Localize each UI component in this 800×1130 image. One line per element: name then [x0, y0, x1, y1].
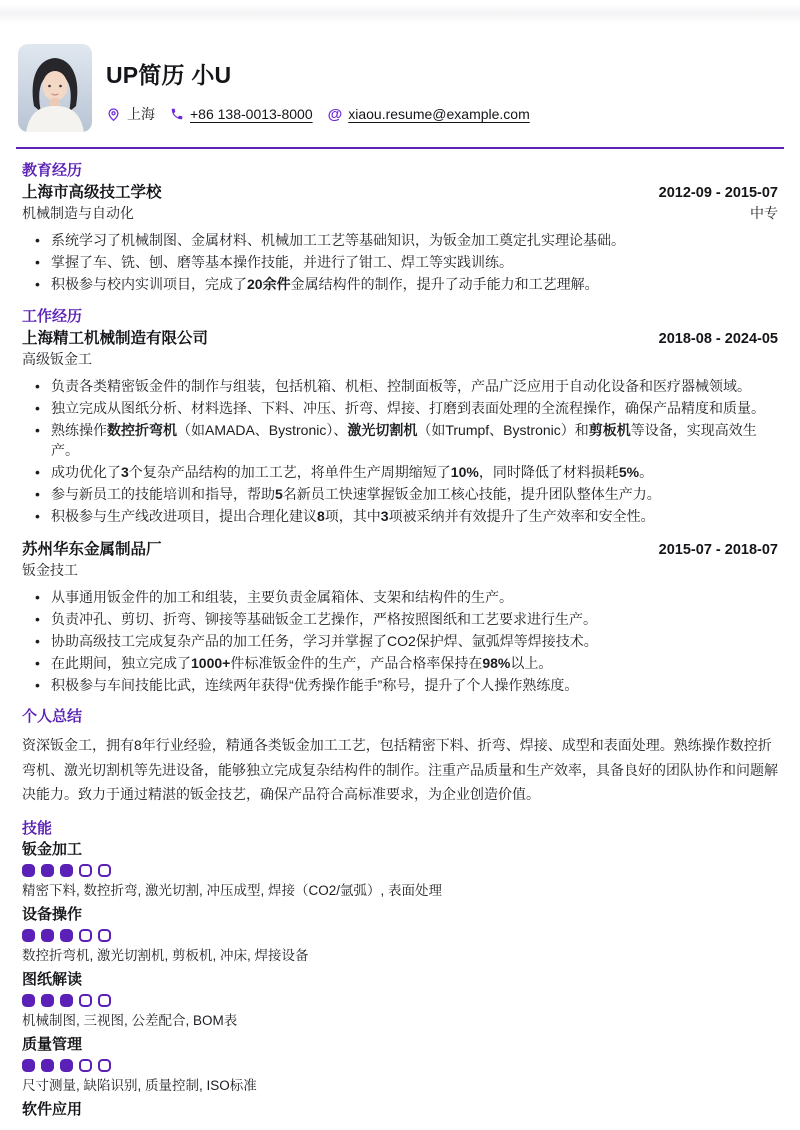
skill-item: 设备操作 数控折弯机, 激光切割机, 剪板机, 冲床, 焊接设备	[22, 906, 778, 964]
header-info: UP简历 小U 上海	[106, 44, 530, 124]
bullet-item: 积极参与车间技能比武，连续两年获得“优秀操作能手”称号，提升了个人操作熟练度。	[32, 675, 778, 696]
skill-item: 软件应用	[22, 1101, 778, 1119]
bullet-item: 成功优化了3个复杂产品结构的加工工艺，将单件生产周期缩短了10%，同时降低了材料…	[32, 462, 778, 483]
text-segment: 独立完成从图纸分析、材料选择、下料、冲压、折弯、焊接、打磨到表面处理的全流程操作…	[51, 400, 765, 416]
skill-level-dot-empty	[98, 864, 111, 877]
skill-level-dot-filled	[41, 994, 54, 1007]
skill-name: 图纸解读	[22, 971, 778, 989]
bullet-item: 负责冲孔、剪切、折弯、铆接等基础钣金工艺操作，严格按照图纸和工艺要求进行生产。	[32, 609, 778, 630]
skill-level-indicator	[22, 864, 778, 877]
phone-link[interactable]: +86 138-0013-8000	[190, 106, 313, 122]
resume-entry: 上海精工机械制造有限公司 2018-08 - 2024-05 高级钣金工 负责各…	[22, 329, 778, 527]
summary-section-title: 个人总结	[22, 708, 778, 726]
skill-level-dot-filled	[41, 864, 54, 877]
text-segment: 名新员工快速掌握钣金加工核心技能，提升团队整体生产力。	[283, 486, 661, 502]
education-entries: 上海市高级技工学校 2012-09 - 2015-07 机械制造与自动化 中专 …	[0, 183, 800, 295]
entry-subtitle-row: 高级钣金工	[22, 350, 778, 369]
entry-subtitle-row: 钣金技工	[22, 561, 778, 580]
avatar-illustration	[18, 44, 92, 132]
skill-level-indicator	[22, 929, 778, 942]
text-segment: 掌握了车、铣、刨、磨等基本操作技能，并进行了钳工、焊工等实践训练。	[51, 254, 513, 270]
skill-level-dot-filled	[22, 994, 35, 1007]
resume-entry: 上海市高级技工学校 2012-09 - 2015-07 机械制造与自动化 中专 …	[22, 183, 778, 295]
entry-role: 高级钣金工	[22, 350, 92, 369]
skill-name: 钣金加工	[22, 841, 778, 859]
text-segment: 5	[275, 486, 283, 502]
text-segment: 成功优化了	[51, 464, 121, 480]
text-segment: 项被采纳并有效提升了生产效率和安全性。	[389, 508, 655, 524]
skill-level-dot-filled	[60, 929, 73, 942]
text-segment: 协助高级技工完成复杂产品的加工任务，学习并掌握了CO2保护焊、氩弧焊等焊接技术。	[51, 633, 598, 649]
text-segment: 在此期间，独立完成了	[51, 655, 191, 671]
entry-org: 苏州华东金属制品厂	[22, 540, 162, 559]
location-pin-icon	[106, 107, 121, 122]
skill-level-dot-filled	[22, 1059, 35, 1072]
skill-level-dot-empty	[98, 1059, 111, 1072]
text-segment: 个复杂产品结构的加工工艺，将单件生产周期缩短了	[129, 464, 451, 480]
contact-row: 上海 +86 138-0013-8000 @ xiaou.resume@exam…	[106, 104, 530, 124]
bullet-item: 系统学习了机械制图、金属材料、机械加工工艺等基础知识，为钣金加工奠定扎实理论基础…	[32, 230, 778, 251]
bullet-item: 独立完成从图纸分析、材料选择、下料、冲压、折弯、焊接、打磨到表面处理的全流程操作…	[32, 398, 778, 419]
skill-name: 设备操作	[22, 906, 778, 924]
entry-date: 2015-07 - 2018-07	[659, 541, 778, 560]
text-segment: 件标准钣金件的生产，产品合格率保持在	[230, 655, 482, 671]
skill-level-indicator	[22, 1059, 778, 1072]
entry-role: 钣金技工	[22, 561, 78, 580]
skill-level-dot-filled	[41, 929, 54, 942]
skill-name: 质量管理	[22, 1036, 778, 1054]
skill-detail: 尺寸测量, 缺陷识别, 质量控制, ISO标准	[22, 1078, 778, 1094]
skills-section: 技能 钣金加工 精密下料, 数控折弯, 激光切割, 冲压成型, 焊接（CO2/氩…	[0, 820, 800, 1119]
phone-item: +86 138-0013-8000	[170, 106, 313, 122]
skill-name: 软件应用	[22, 1101, 778, 1119]
text-segment: 8	[317, 508, 325, 524]
phone-icon	[170, 107, 184, 121]
skill-item: 图纸解读 机械制图, 三视图, 公差配合, BOM表	[22, 971, 778, 1029]
skills-section-title: 技能	[22, 820, 778, 838]
bullet-item: 在此期间，独立完成了1000+件标准钣金件的生产，产品合格率保持在98%以上。	[32, 653, 778, 674]
text-segment: ，同时降低了材料损耗	[479, 464, 619, 480]
resume-page: UP简历 小U 上海	[0, 0, 800, 1130]
work-entries: 上海精工机械制造有限公司 2018-08 - 2024-05 高级钣金工 负责各…	[0, 329, 800, 696]
skill-detail: 精密下料, 数控折弯, 激光切割, 冲压成型, 焊接（CO2/氩弧）, 表面处理	[22, 883, 778, 899]
skill-detail: 数控折弯机, 激光切割机, 剪板机, 冲床, 焊接设备	[22, 948, 778, 964]
bullet-item: 参与新员工的技能培训和指导，帮助5名新员工快速掌握钣金加工核心技能，提升团队整体…	[32, 484, 778, 505]
entry-degree: 中专	[750, 204, 778, 223]
text-segment: 10%	[451, 464, 479, 480]
skill-level-dot-empty	[79, 994, 92, 1007]
skill-detail: 机械制图, 三视图, 公差配合, BOM表	[22, 1013, 778, 1029]
avatar	[18, 44, 92, 132]
resume-entry: 苏州华东金属制品厂 2015-07 - 2018-07 钣金技工 从事通用钣金件…	[22, 540, 778, 696]
bullet-item: 掌握了车、铣、刨、磨等基本操作技能，并进行了钳工、焊工等实践训练。	[32, 252, 778, 273]
skill-level-dot-filled	[41, 1059, 54, 1072]
skill-level-dot-empty	[79, 929, 92, 942]
bullet-item: 协助高级技工完成复杂产品的加工任务，学习并掌握了CO2保护焊、氩弧焊等焊接技术。	[32, 631, 778, 652]
work-section: 工作经历 上海精工机械制造有限公司 2018-08 - 2024-05 高级钣金…	[0, 308, 800, 696]
skill-items: 钣金加工 精密下料, 数控折弯, 激光切割, 冲压成型, 焊接（CO2/氩弧）,…	[22, 841, 778, 1119]
text-segment: 系统学习了机械制图、金属材料、机械加工工艺等基础知识，为钣金加工奠定扎实理论基础…	[51, 232, 625, 248]
skill-level-dot-empty	[98, 929, 111, 942]
text-segment: 20余件	[247, 276, 291, 292]
resume-header: UP简历 小U 上海	[0, 24, 800, 132]
skill-level-dot-empty	[79, 864, 92, 877]
skill-level-dot-filled	[22, 864, 35, 877]
text-segment: 剪板机	[589, 422, 631, 438]
summary-section: 个人总结 资深钣金工，拥有8年行业经验，精通各类钣金加工工艺，包括精密下料、折弯…	[0, 708, 800, 807]
bullet-item: 积极参与校内实训项目，完成了20余件金属结构件的制作，提升了动手能力和工艺理解。	[32, 274, 778, 295]
email-item: @ xiaou.resume@example.com	[328, 106, 530, 122]
email-link[interactable]: xiaou.resume@example.com	[348, 106, 530, 122]
skill-level-dot-empty	[79, 1059, 92, 1072]
text-segment: 1000+	[191, 655, 230, 671]
education-section: 教育经历 上海市高级技工学校 2012-09 - 2015-07 机械制造与自动…	[0, 162, 800, 295]
text-segment: 3	[381, 508, 389, 524]
entry-subtitle-row: 机械制造与自动化 中专	[22, 204, 778, 223]
bullet-item: 熟练操作数控折弯机（如AMADA、Bystronic）、激光切割机（如Trump…	[32, 420, 778, 461]
skill-level-dot-filled	[60, 1059, 73, 1072]
text-segment: 数控折弯机	[107, 422, 177, 438]
location-text: 上海	[127, 104, 155, 124]
entry-bullets: 从事通用钣金件的加工和组装，主要负责金属箱体、支架和结构件的生产。负责冲孔、剪切…	[22, 587, 778, 696]
work-section-title: 工作经历	[22, 308, 778, 326]
text-segment: 金属结构件的制作，提升了动手能力和工艺理解。	[291, 276, 599, 292]
text-segment: 负责各类精密钣金件的制作与组装，包括机箱、机柜、控制面板等，产品广泛应用于自动化…	[51, 378, 751, 394]
bullet-item: 积极参与生产线改进项目，提出合理化建议8项，其中3项被采纳并有效提升了生产效率和…	[32, 506, 778, 527]
text-segment: 熟练操作	[51, 422, 107, 438]
location-item: 上海	[106, 104, 155, 124]
text-segment: 5%	[619, 464, 639, 480]
text-segment: 以上。	[510, 655, 552, 671]
header-divider	[16, 147, 784, 149]
skill-level-dot-filled	[60, 864, 73, 877]
bullet-item: 从事通用钣金件的加工和组装，主要负责金属箱体、支架和结构件的生产。	[32, 587, 778, 608]
entry-bullets: 系统学习了机械制图、金属材料、机械加工工艺等基础知识，为钣金加工奠定扎实理论基础…	[22, 230, 778, 295]
entry-bullets: 负责各类精密钣金件的制作与组装，包括机箱、机柜、控制面板等，产品广泛应用于自动化…	[22, 376, 778, 527]
entry-title-row: 上海精工机械制造有限公司 2018-08 - 2024-05	[22, 329, 778, 349]
text-segment: 积极参与校内实训项目，完成了	[51, 276, 247, 292]
at-icon: @	[328, 107, 343, 122]
candidate-name: UP简历 小U	[106, 57, 530, 90]
skill-item: 质量管理 尺寸测量, 缺陷识别, 质量控制, ISO标准	[22, 1036, 778, 1094]
entry-org: 上海精工机械制造有限公司	[22, 329, 208, 348]
text-segment: 项，其中	[325, 508, 381, 524]
entry-title-row: 苏州华东金属制品厂 2015-07 - 2018-07	[22, 540, 778, 560]
entry-date: 2018-08 - 2024-05	[659, 330, 778, 349]
skill-item: 钣金加工 精密下料, 数控折弯, 激光切割, 冲压成型, 焊接（CO2/氩弧）,…	[22, 841, 778, 899]
skill-level-dot-filled	[60, 994, 73, 1007]
text-segment: 积极参与生产线改进项目，提出合理化建议	[51, 508, 317, 524]
text-segment: 激光切割机	[347, 422, 417, 438]
summary-text: 资深钣金工，拥有8年行业经验，精通各类钣金加工工艺，包括精密下料、折弯、焊接、成…	[22, 733, 778, 807]
entry-org: 上海市高级技工学校	[22, 183, 162, 202]
entry-date: 2012-09 - 2015-07	[659, 184, 778, 203]
entry-role: 机械制造与自动化	[22, 204, 134, 223]
text-segment: 参与新员工的技能培训和指导，帮助	[51, 486, 275, 502]
text-segment: 从事通用钣金件的加工和组装，主要负责金属箱体、支架和结构件的生产。	[51, 589, 513, 605]
top-shadow	[0, 0, 800, 24]
text-segment: 98%	[482, 655, 510, 671]
skill-level-indicator	[22, 994, 778, 1007]
education-section-title: 教育经历	[22, 162, 778, 180]
bullet-item: 负责各类精密钣金件的制作与组装，包括机箱、机柜、控制面板等，产品广泛应用于自动化…	[32, 376, 778, 397]
text-segment: （如Trumpf、Bystronic）和	[417, 422, 588, 438]
text-segment: 负责冲孔、剪切、折弯、铆接等基础钣金工艺操作，严格按照图纸和工艺要求进行生产。	[51, 611, 597, 627]
text-segment: 积极参与车间技能比武，连续两年获得“优秀操作能手”称号，提升了个人操作熟练度。	[51, 677, 578, 693]
text-segment: 。	[639, 464, 653, 480]
entry-title-row: 上海市高级技工学校 2012-09 - 2015-07	[22, 183, 778, 203]
skill-level-dot-empty	[98, 994, 111, 1007]
text-segment: （如AMADA、Bystronic）、	[177, 422, 347, 438]
text-segment: 3	[121, 464, 129, 480]
skill-level-dot-filled	[22, 929, 35, 942]
